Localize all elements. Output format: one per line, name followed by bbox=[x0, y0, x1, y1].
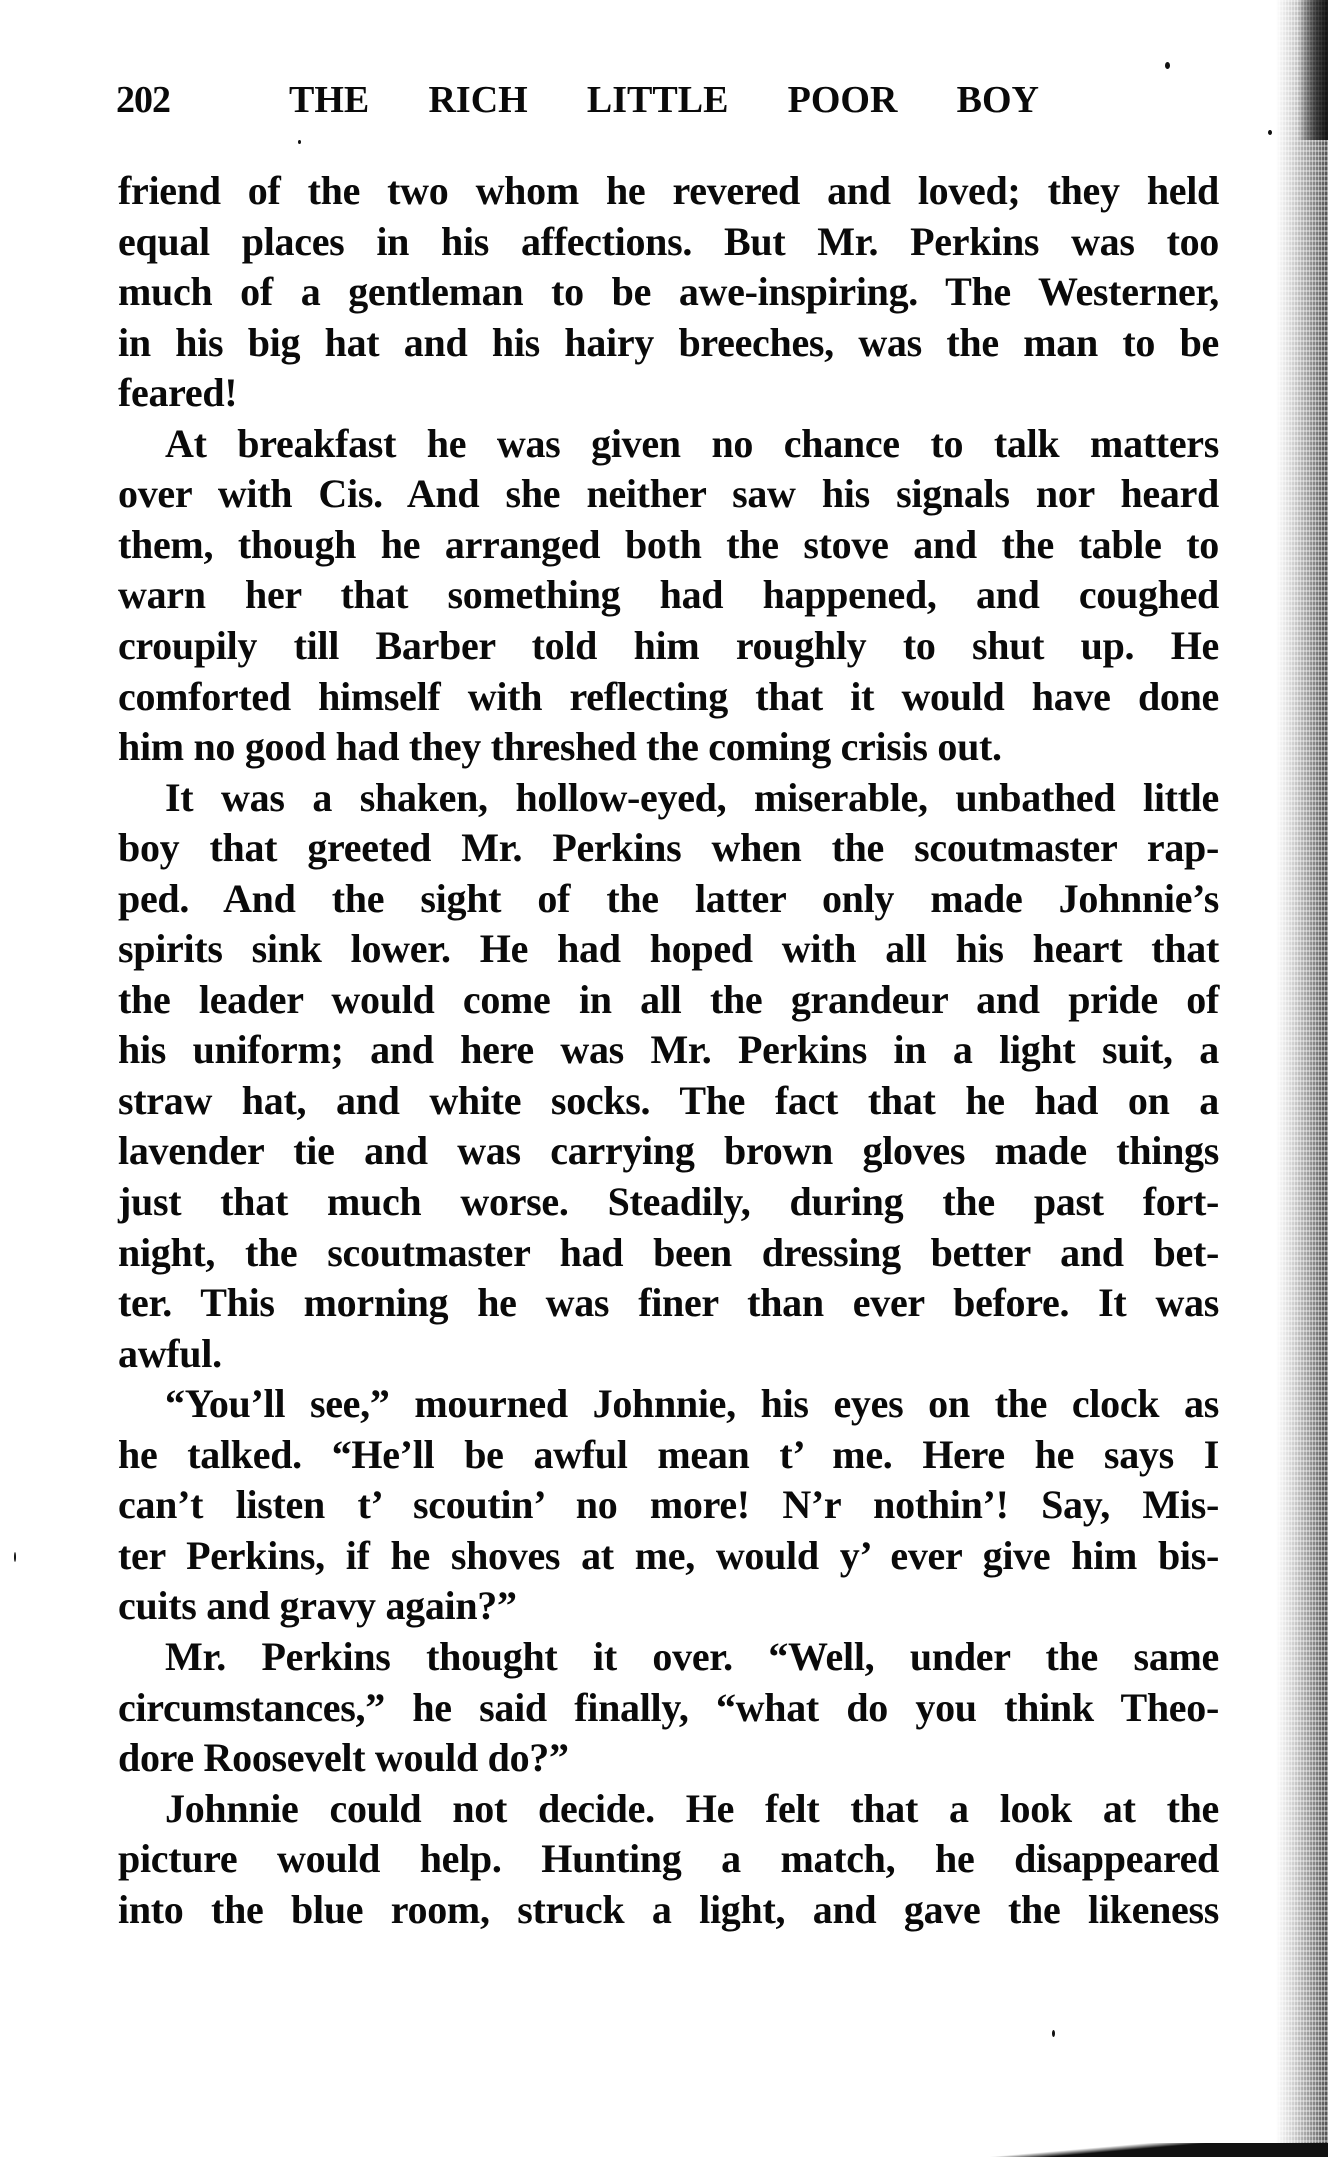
scan-speck bbox=[1052, 2030, 1055, 2037]
text-line: feared! bbox=[118, 368, 1219, 418]
paragraph-first-line: Mr. Perkins thought it over. “Well, unde… bbox=[165, 1632, 1219, 1682]
text-line: ped. And the sight of the latter only ma… bbox=[118, 874, 1219, 924]
text-line: friend of the two whom he revered and lo… bbox=[118, 166, 1219, 216]
text-line: can’t listen t’ scoutin’ no more! N’r no… bbox=[118, 1480, 1219, 1530]
text-line: he talked. “He’ll be awful mean t’ me. H… bbox=[118, 1430, 1219, 1480]
text-line: much of a gentleman to be awe-inspiring.… bbox=[118, 267, 1219, 317]
running-title: THE RICH LITTLE POOR BOY bbox=[289, 80, 1039, 120]
text-line: picture would help. Hunting a match, he … bbox=[118, 1834, 1219, 1884]
scan-speck bbox=[298, 140, 301, 144]
scan-speck bbox=[14, 1552, 16, 1562]
page-edge-shading bbox=[1276, 0, 1328, 2157]
scan-speck bbox=[1268, 130, 1272, 135]
text-line: straw hat, and white socks. The fact tha… bbox=[118, 1076, 1219, 1126]
text-line: in his big hat and his hairy breeches, w… bbox=[118, 318, 1219, 368]
text-line: ter. This morning he was finer than ever… bbox=[118, 1278, 1219, 1328]
paragraph-first-line: “You’ll see,” mourned Johnnie, his eyes … bbox=[165, 1379, 1219, 1429]
running-head: 202 THE RICH LITTLE POOR BOY bbox=[0, 0, 1328, 130]
text-line: spirits sink lower. He had hoped with al… bbox=[118, 924, 1219, 974]
text-line: croupily till Barber told him roughly to… bbox=[118, 621, 1219, 671]
text-line: dore Roosevelt would do?” bbox=[118, 1733, 1219, 1783]
scan-speck bbox=[1165, 62, 1170, 69]
text-line: awful. bbox=[118, 1329, 1219, 1379]
text-line: warn her that something had happened, an… bbox=[118, 570, 1219, 620]
text-line: comforted himself with reflecting that i… bbox=[118, 672, 1219, 722]
text-line: him no good had they threshed the coming… bbox=[118, 722, 1219, 772]
text-line: his uniform; and here was Mr. Perkins in… bbox=[118, 1025, 1219, 1075]
text-line: night, the scoutmaster had been dressing… bbox=[118, 1228, 1219, 1278]
paragraph-first-line: It was a shaken, hollow-eyed, miserable,… bbox=[165, 773, 1219, 823]
text-line: them, though he arranged both the stove … bbox=[118, 520, 1219, 570]
page-bottom-edge bbox=[868, 2143, 1328, 2157]
text-line: just that much worse. Steadily, during t… bbox=[118, 1177, 1219, 1227]
text-line: circumstances,” he said finally, “what d… bbox=[118, 1683, 1219, 1733]
paragraph-first-line: At breakfast he was given no chance to t… bbox=[165, 419, 1219, 469]
paragraph-first-line: Johnnie could not decide. He felt that a… bbox=[165, 1784, 1219, 1834]
text-line: the leader would come in all the grandeu… bbox=[118, 975, 1219, 1025]
book-page: 202 THE RICH LITTLE POOR BOY friend of t… bbox=[0, 0, 1328, 2157]
text-line: equal places in his affections. But Mr. … bbox=[118, 217, 1219, 267]
text-line: into the blue room, struck a light, and … bbox=[118, 1885, 1219, 1935]
text-line: boy that greeted Mr. Perkins when the sc… bbox=[118, 823, 1219, 873]
page-number: 202 bbox=[116, 80, 170, 120]
text-line: lavender tie and was carrying brown glov… bbox=[118, 1126, 1219, 1176]
text-line: ter Perkins, if he shoves at me, would y… bbox=[118, 1531, 1219, 1581]
text-line: cuits and gravy again?” bbox=[118, 1581, 1219, 1631]
text-line: over with Cis. And she neither saw his s… bbox=[118, 469, 1219, 519]
